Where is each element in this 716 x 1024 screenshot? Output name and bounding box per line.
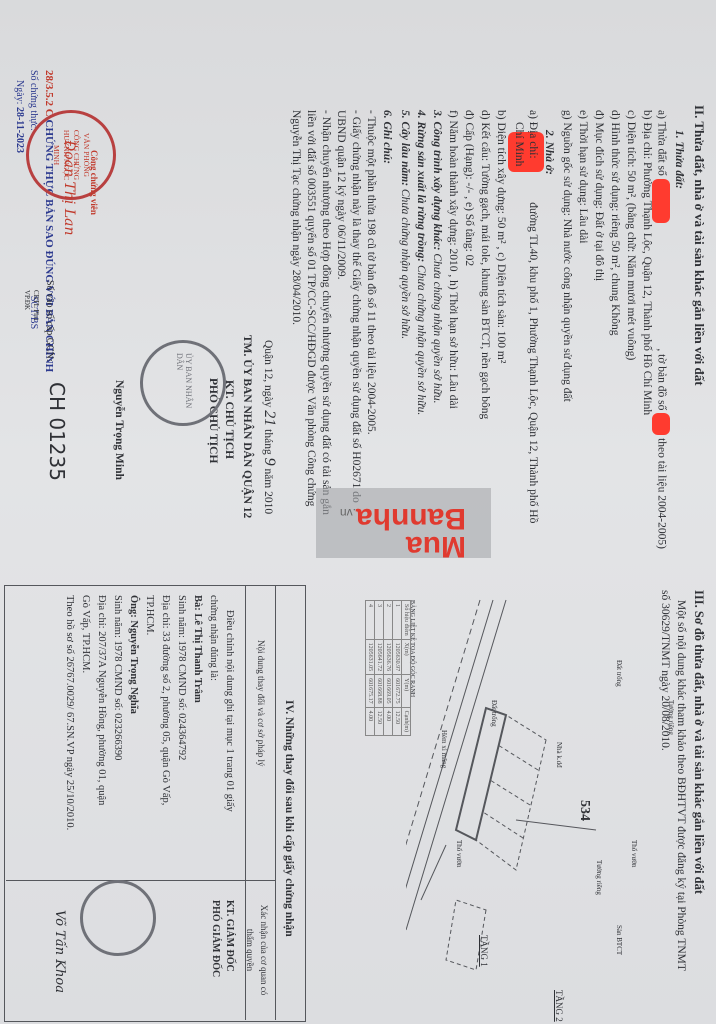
registry-sub2: VP.ĐK bbox=[20, 290, 34, 310]
coord-cell: 1205641.72 bbox=[375, 639, 384, 675]
land-source-doc: theo tài liệu 2004-2005) bbox=[655, 438, 667, 549]
registry-value: CH 01235 bbox=[50, 382, 64, 481]
note-line: - Thuộc một phần thửa 198 cũ tờ bản đồ s… bbox=[364, 110, 378, 435]
label-san-btct: Sàn BTCT bbox=[612, 925, 626, 955]
plot-number: 534 bbox=[577, 800, 591, 821]
signer-name: Nguyễn Trọng Minh bbox=[112, 380, 126, 480]
date-month-word: tháng bbox=[262, 429, 274, 455]
house-grade: đ) Cấp (Hạng): -/- , e) Số tầng: 02 bbox=[462, 110, 476, 266]
notary-role: Công chứng viên bbox=[87, 150, 101, 215]
coord-cell: 601672.75 bbox=[393, 675, 402, 708]
coord-cell: 1205631.05 bbox=[366, 639, 375, 675]
redacted-parcel-number bbox=[652, 179, 670, 223]
section4-line: Gò Vấp, TP.HCM. bbox=[78, 595, 92, 673]
house-address: a) Địa chỉ: đường TL40, khu phố 1, Phườn… bbox=[526, 110, 540, 523]
coord-cell: 2 bbox=[384, 601, 393, 640]
label-hem: Hẻm xi măng bbox=[437, 730, 451, 768]
section4-line: Ông: Nguyễn Trọng Nghĩa bbox=[126, 595, 140, 714]
approver-role2: PHÓ GIÁM ĐỐC bbox=[208, 900, 222, 977]
land-origin: g) Nguồn gốc sử dụng: Nhà nước công nhận… bbox=[560, 110, 574, 402]
coord-row: 21205636.76601669.054.00 bbox=[384, 601, 393, 736]
signing-date: Quận 12, ngày 21 tháng 9 năm 2010 bbox=[261, 340, 276, 514]
watermark-line1: Mua bbox=[286, 532, 466, 560]
label-tho-vuon-1: Thổ vườn bbox=[627, 840, 641, 868]
label-nha-kdd: Nhà k.dđ bbox=[552, 742, 566, 768]
item4-label: 4. Rừng sản xuất là rừng trồng: bbox=[415, 110, 427, 262]
approver-name: Võ Tấn Khoa bbox=[52, 910, 66, 993]
plot-sketch bbox=[406, 590, 656, 1020]
notary-number-label: Số chứng thực: bbox=[28, 70, 39, 131]
approver-role1: KT. GIÁM ĐỐC bbox=[222, 900, 236, 972]
registry-label: Số vào sổ cấp GCN: bbox=[42, 280, 56, 362]
section4-line: Sinh năm: 1978 CMND số: 023266390 bbox=[110, 595, 124, 760]
land-area: c) Diện tích: 50 m², (bằng chữ: Năm mươi… bbox=[624, 110, 638, 360]
item3: 3. Công trình xây dựng khác: Chưa chứng … bbox=[430, 110, 444, 404]
land-term: e) Thời hạn sử dụng: Lâu dài bbox=[576, 110, 590, 243]
coord-cell: 12.50 bbox=[375, 707, 384, 735]
coord-row: 41205631.05601675.174.00 bbox=[366, 601, 375, 736]
coord-cell: 12.50 bbox=[393, 707, 402, 735]
land-purpose: đ) Mục đích sử dụng: Đất ở tại đô thị bbox=[592, 110, 606, 281]
house-address-cont: Chí Minh bbox=[512, 122, 526, 166]
section3-title: III. Sơ đồ thửa đất, nhà ở và tài sản kh… bbox=[692, 590, 706, 894]
section4-line: Theo hồ sơ số 26767.0029/ 67.SN.VP ngày … bbox=[62, 595, 76, 830]
date-prefix: Quận 12, ngày bbox=[262, 340, 274, 407]
date-month: 9 bbox=[261, 458, 278, 466]
watermark-suffix: .vn bbox=[340, 506, 356, 520]
date-day: 21 bbox=[261, 410, 278, 426]
watermark-line2: Bannha bbox=[356, 502, 466, 535]
coord-cell: 4.00 bbox=[384, 707, 393, 735]
land-parcel-line: a) Thửa đất số , tờ bản đồ số theo tài l… bbox=[652, 110, 670, 549]
section4-line: Sinh năm: 1978 CMND số: 024364792 bbox=[174, 595, 188, 760]
floor1-label: TẦNG 1 bbox=[477, 935, 491, 967]
label-tuong-rieng-2: Tường riêng bbox=[592, 860, 606, 895]
land-address: b) Địa chỉ: Phường Thạnh Lộc, Quận 12, T… bbox=[640, 110, 654, 415]
section4-line: TP.HCM. bbox=[142, 595, 156, 635]
date-year: năm 2010 bbox=[262, 468, 274, 514]
section3-line1: Một số nội dung khác tham khảo theo BĐHT… bbox=[674, 600, 688, 971]
section4-line: Địa chỉ: 207/37A Nguyễn Hồng, phường 01,… bbox=[94, 595, 108, 805]
section4-title: IV. Những thay đổi sau khi cấp giấy chứn… bbox=[282, 700, 296, 937]
coord-cell: 4.00 bbox=[366, 707, 375, 735]
section4-divider-2 bbox=[245, 585, 246, 1020]
item5-label: 5. Cây lâu năm: bbox=[399, 110, 411, 186]
land-parcel-label: a) Thửa đất số bbox=[655, 110, 667, 176]
house-build-area: b) Diện tích xây dựng: 50 m² , c) Diện t… bbox=[494, 110, 508, 363]
section4-line: chứng nhận đúng là: bbox=[206, 595, 220, 681]
section4-divider bbox=[275, 585, 276, 1020]
coord-table-title: BẢNG LIỆT KÊ TỌA ĐỘ GÓC RANH bbox=[405, 600, 419, 697]
item3-label: 3. Công trình xây dựng khác: bbox=[431, 110, 443, 250]
house-completion: f) Năm hoàn thành xây dựng: 2010 , h) Th… bbox=[446, 110, 460, 409]
house-structure: d) Kết cấu: Tường gạch, mái tole, khung … bbox=[478, 110, 492, 419]
coord-cell: 1 bbox=[393, 601, 402, 640]
section4-col-divider bbox=[6, 880, 276, 881]
item4-value: Chưa chứng nhận quyền sở hữu. bbox=[415, 265, 427, 415]
ubnd-seal-text: ỦY BAN NHÂN DÂN bbox=[175, 353, 193, 423]
land-usage-form: d) Hình thức sử dụng: riêng 50 m², chung… bbox=[608, 110, 622, 335]
notary-date-label: Ngày: bbox=[14, 80, 25, 104]
coord-row: 11205630.97601672.7512.50 bbox=[393, 601, 402, 736]
notary-date-row: Ngày: 28-11-2023 bbox=[12, 80, 26, 153]
land-heading: 1. Thửa đất: bbox=[672, 130, 686, 189]
coord-cell: 601675.17 bbox=[366, 675, 375, 708]
label-tho-vuon-2: Thổ vườn bbox=[452, 840, 466, 868]
note-line: - Nhận chuyển nhượng theo Hợp đồng chuyể… bbox=[319, 110, 333, 515]
approver-seal bbox=[80, 880, 156, 956]
house-heading: 2. Nhà ở: bbox=[542, 130, 556, 175]
coord-row: 31205641.72601668.8812.50 bbox=[375, 601, 384, 736]
floor2-label: TẦNG 2 bbox=[552, 990, 566, 1022]
item5: 5. Cây lâu năm: Chưa chứng nhận quyền sở… bbox=[398, 110, 412, 339]
coord-cell: 601668.88 bbox=[375, 675, 384, 708]
house-address-label: a) Địa chỉ: bbox=[527, 110, 539, 159]
coord-cell: 4 bbox=[366, 601, 375, 640]
redacted-map-sheet bbox=[652, 413, 670, 435]
section4-col1-header: Nội dung thay đổi và cơ sở pháp lý bbox=[254, 640, 268, 767]
coord-cell: 1205636.76 bbox=[384, 639, 393, 675]
coord-cell: 3 bbox=[375, 601, 384, 640]
notary-number: 28/3.5.2 C bbox=[43, 70, 55, 117]
label-dat-trong-1: Đất trống bbox=[612, 660, 626, 687]
section4-line: Bà: Lê Thị Thanh Trâm bbox=[190, 595, 204, 703]
coord-header-cell: Cạnh(m) bbox=[402, 707, 411, 735]
label-tuong-rieng: Tường riêng bbox=[664, 700, 678, 735]
note-line: liền với đất số 003551 quyển số 01 TP/CC… bbox=[304, 110, 318, 506]
item3-value: Chưa chứng nhận quyền sở hữu. bbox=[431, 253, 443, 403]
signing-org: TM. ỦY BAN NHÂN DÂN QUẬN 12 bbox=[240, 335, 254, 518]
notary-date: 28-11-2023 bbox=[14, 107, 25, 153]
coord-cell: 1205630.97 bbox=[393, 639, 402, 675]
note-line: - Giấy chứng nhận này là thay thế Giấy c… bbox=[349, 110, 363, 503]
land-certificate-page: II. Thửa đất, nhà ở và tài sản khác gắn … bbox=[0, 0, 716, 1024]
section4-line: Địa chỉ: 33 đường số 2, phường 05, quận … bbox=[158, 595, 172, 805]
item4: 4. Rừng sản xuất là rừng trồng: Chưa chứ… bbox=[414, 110, 428, 415]
house-address-value: đường TL40, khu phố 1, Phường Thạnh Lộc,… bbox=[527, 202, 539, 523]
notes-heading: 6. Ghi chú: bbox=[380, 110, 394, 164]
note-line: Nguyễn Thị Tạc chứng nhận ngày 28/04/201… bbox=[289, 110, 303, 325]
ubnd-seal: ỦY BAN NHÂN DÂN bbox=[140, 340, 226, 426]
coord-cell: 601669.05 bbox=[384, 675, 393, 708]
note-line: UBND quận 12 ký ngày 06/11/2009. bbox=[334, 110, 348, 280]
section4-col2-header: Xác nhận của cơ quan có thẩm quyền bbox=[243, 900, 271, 1000]
section4-line: Điều chỉnh nội dung ghi tại mục 1 trang … bbox=[222, 610, 236, 812]
notary-signer: Đoàn Thị Lan bbox=[62, 140, 76, 235]
map-sheet-label: , tờ bản đồ số bbox=[655, 348, 667, 410]
item5-value: Chưa chứng nhận quyền sở hữu. bbox=[399, 189, 411, 339]
label-dat-trong-2: Đất trống bbox=[487, 700, 501, 727]
section2-title: II. Thửa đất, nhà ở và tài sản khác gắn … bbox=[692, 105, 706, 386]
